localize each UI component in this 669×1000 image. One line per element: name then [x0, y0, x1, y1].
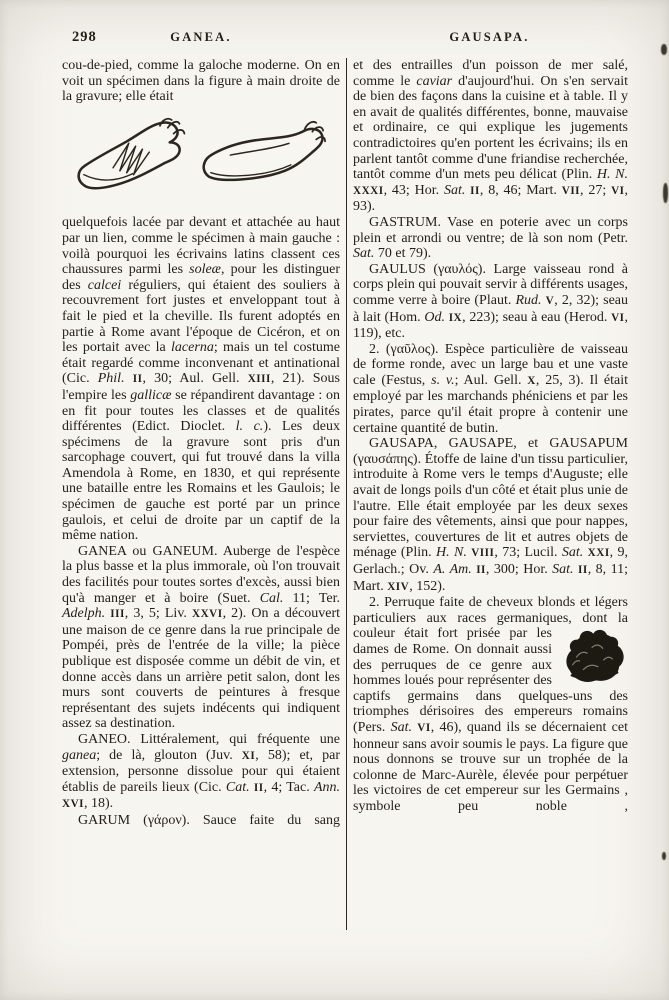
column-divider — [346, 58, 347, 930]
page-header: 298 GANEA. GAUSAPA. — [0, 29, 669, 47]
entry-gausapa-2: 2. Perruque faite de cheveux blonds et l… — [353, 595, 628, 814]
paragraph-gallicae-continuation: quelquefois lacée par devant et attachée… — [62, 215, 340, 543]
dictionary-page: 298 GANEA. GAUSAPA. cou-de-pied, comme l… — [0, 0, 669, 1000]
entry-ganea: GANEA ou GANEUM. Auberge de l'espèce la … — [62, 544, 340, 732]
running-title-right: GAUSAPA. — [352, 30, 627, 45]
shoes-drawing — [74, 114, 328, 204]
wig-engraving — [560, 628, 628, 686]
scan-speck — [662, 852, 666, 860]
shoes-engraving — [62, 114, 340, 209]
right-column: et des entrailles d'un poisson de mer sa… — [353, 58, 628, 960]
left-column: cou-de-pied, comme la galoche moderne. O… — [62, 58, 340, 960]
paragraph-gallicae-continuation-top: cou-de-pied, comme la galoche moderne. O… — [62, 58, 340, 105]
scan-speck — [663, 183, 668, 203]
entry-ganeo: GANEO. Littéralement, qui fréquente une … — [62, 732, 340, 813]
text-columns: cou-de-pied, comme la galoche moderne. O… — [62, 58, 628, 960]
entry-gausapa: GAUSAPA, GAUSAPE, et GAUSAPUM (γαυσάπης)… — [353, 436, 628, 595]
entry-garum: GARUM (γάρον). Sauce faite du sang — [62, 813, 340, 829]
entry-gastrum: GASTRUM. Vase en poterie avec un corps p… — [353, 215, 628, 262]
entry-gaulus: GAULUS (γαυλός). Large vaisseau rond à c… — [353, 262, 628, 342]
running-title-left: GANEA. — [62, 30, 340, 45]
paragraph-garum-continuation: et des entrailles d'un poisson de mer sa… — [353, 58, 628, 215]
entry-gaulus-2: 2. (γαῦλος). Espèce particulière de vais… — [353, 342, 628, 437]
